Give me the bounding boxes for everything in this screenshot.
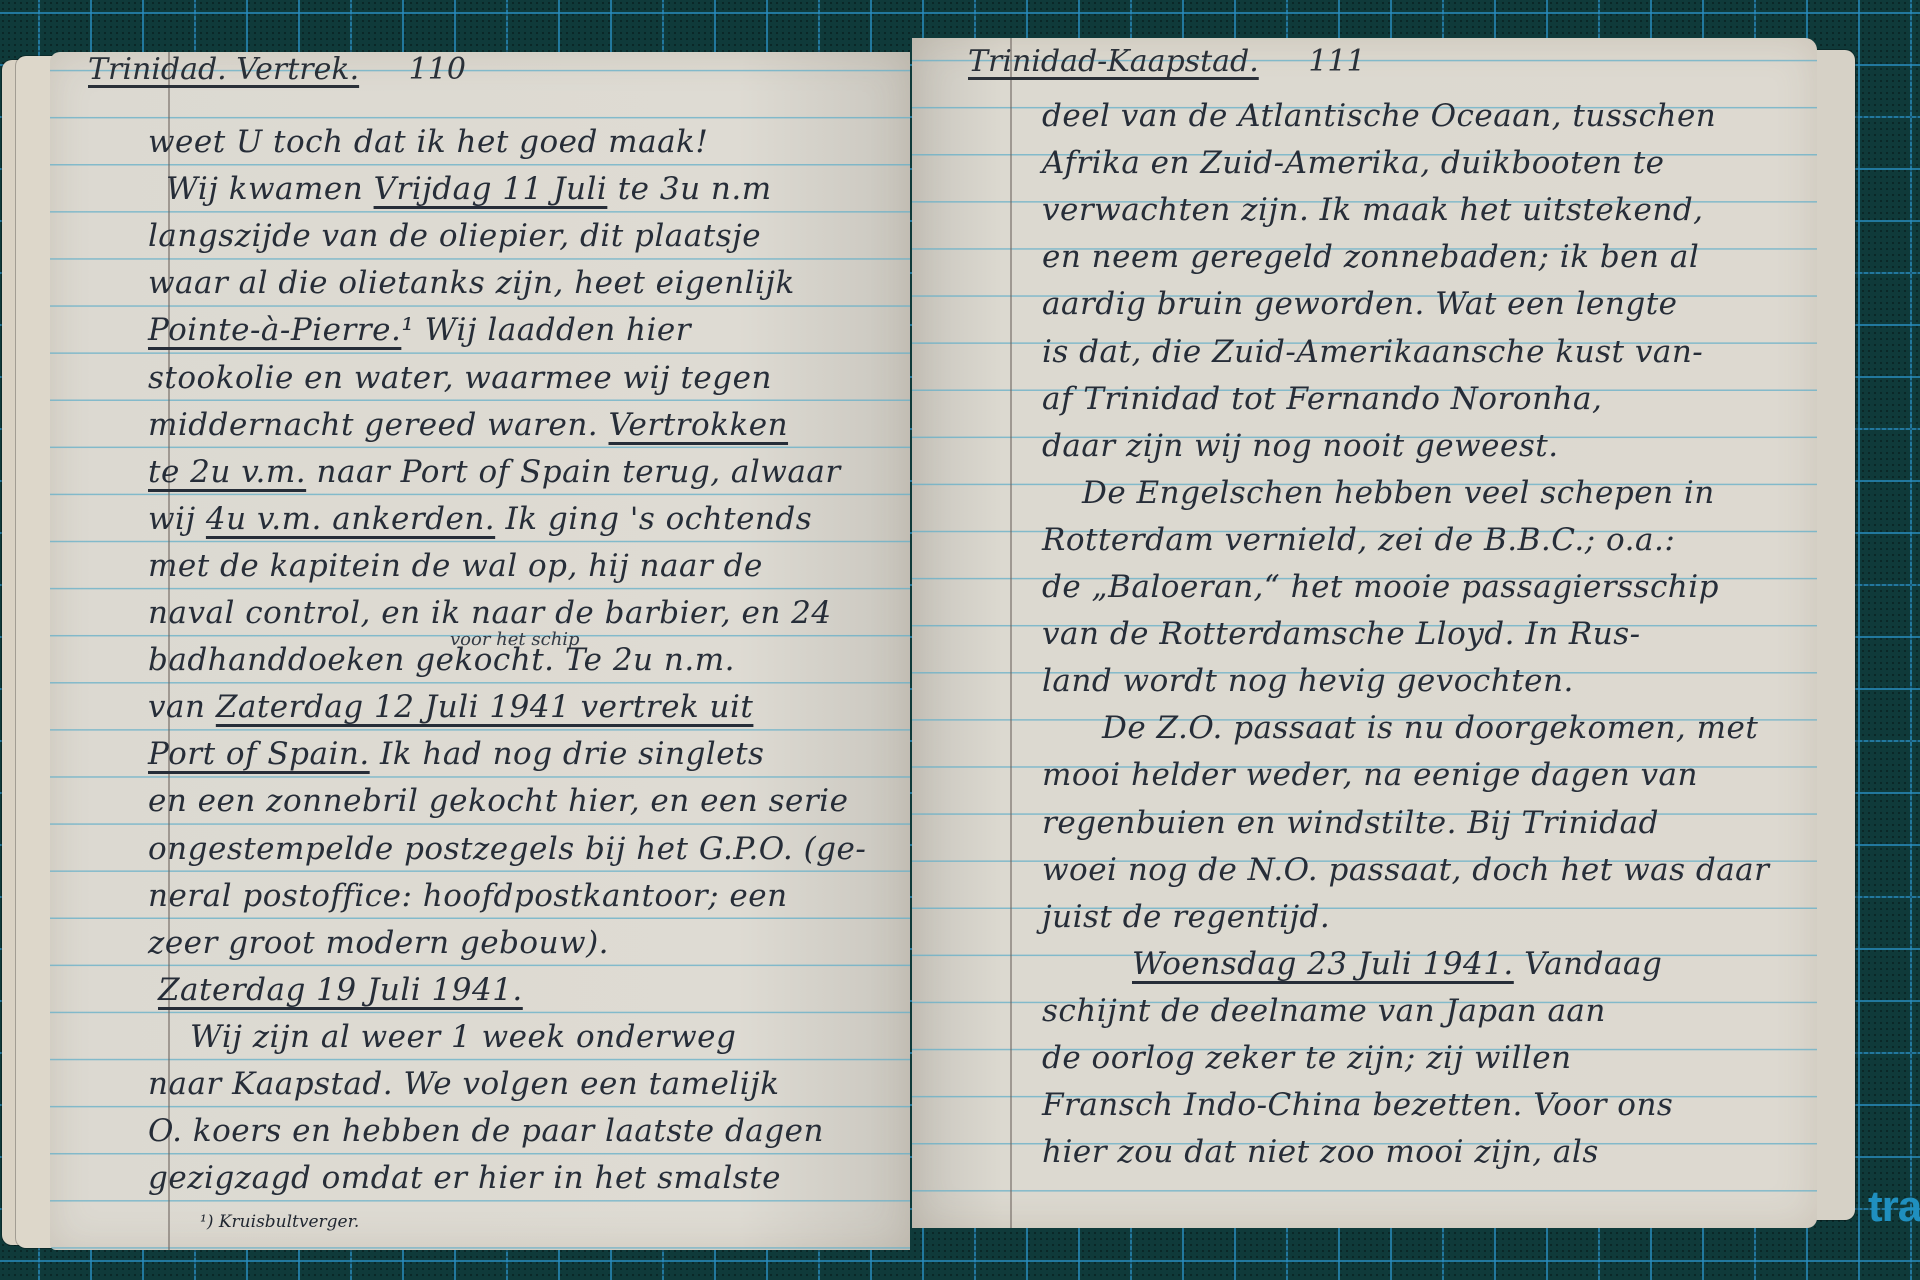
handwritten-line: daar zijn wij nog nooit geweest. (1042, 428, 1559, 464)
handwritten-line: met de kapitein de wal op, hij naar de (148, 548, 763, 584)
handwritten-line: langszijde van de oliepier, dit plaatsje (148, 218, 761, 254)
handwritten-line: verwachten zijn. Ik maak het uitstekend, (1042, 192, 1704, 228)
handwritten-line: De Z.O. passaat is nu doorgekomen, met (1102, 710, 1758, 746)
handwritten-line: en neem geregeld zonnebaden; ik ben al (1042, 239, 1699, 275)
handwritten-line: hier zou dat niet zoo mooi zijn, als (1042, 1134, 1599, 1170)
underlined-date-or-term: Vertrokken (609, 407, 789, 443)
handwritten-line: ongestempelde postzegels bij het G.P.O. … (148, 831, 866, 867)
handwritten-line: weet U toch dat ik het goed maak! (148, 124, 708, 160)
handwritten-line: is dat, die Zuid-Amerikaansche kust van- (1042, 334, 1703, 370)
handwritten-line: land wordt nog hevig gevochten. (1042, 663, 1574, 699)
handwritten-line: van de Rotterdamsche Lloyd. In Rus- (1042, 616, 1641, 652)
handwritten-line: schijnt de deelname van Japan aan (1042, 993, 1606, 1029)
handwritten-line: Woensdag 23 Juli 1941. Vandaag (1132, 946, 1662, 982)
mat-logo-text: tra (1868, 1182, 1920, 1232)
handwritten-line: neral postoffice: hoofdpostkantoor; een (148, 878, 788, 914)
handwritten-line: zeer groot modern gebouw). (148, 925, 609, 961)
handwritten-line: en een zonnebril gekocht hier, en een se… (148, 783, 848, 819)
handwritten-line: aardig bruin geworden. Wat een lengte (1042, 286, 1678, 322)
handwritten-line: Wij kwamen Vrijdag 11 Juli te 3u n.m (166, 171, 772, 207)
page-header-title: Trinidad. Vertrek. (88, 52, 359, 87)
page-header-title: Trinidad-Kaapstad. (968, 44, 1259, 79)
page-number: 111 (1308, 44, 1365, 79)
handwritten-line: te 2u v.m. naar Port of Spain terug, alw… (148, 454, 841, 490)
handwritten-line: waar al die olietanks zijn, heet eigenli… (148, 265, 795, 301)
handwritten-line: regenbuien en windstilte. Bij Trinidad (1042, 805, 1659, 841)
handwritten-line: Pointe-à-Pierre.¹ Wij laadden hier (148, 312, 691, 348)
left-page: Trinidad. Vertrek. 110 voor het schip ¹)… (50, 52, 910, 1250)
underlined-date-or-term: Zaterdag 19 Juli 1941. (158, 972, 523, 1008)
underlined-date-or-term: te 2u v.m. (148, 454, 306, 490)
handwritten-line: Zaterdag 19 Juli 1941. (158, 972, 523, 1008)
underlined-date-or-term: Zaterdag 12 Juli 1941 vertrek uit (216, 689, 754, 725)
handwritten-line: Afrika en Zuid-Amerika, duikbooten te (1042, 145, 1665, 181)
underlined-date-or-term: Port of Spain. (148, 736, 370, 772)
handwritten-line: Wij zijn al weer 1 week onderweg (190, 1019, 736, 1055)
underlined-date-or-term: Vrijdag 11 Juli (374, 171, 608, 207)
handwritten-line: van Zaterdag 12 Juli 1941 vertrek uit (148, 689, 753, 725)
handwritten-line: mooi helder weder, na eenige dagen van (1042, 757, 1698, 793)
handwritten-line: naar Kaapstad. We volgen een tamelijk (148, 1066, 780, 1102)
handwritten-line: wij 4u v.m. ankerden. Ik ging 's ochtend… (148, 501, 812, 537)
footnote: ¹) Kruisbultverger. (200, 1212, 359, 1232)
handwritten-line: gezigzagd omdat er hier in het smalste (148, 1160, 781, 1196)
handwritten-line: de „Baloeran,“ het mooie passagiersschip (1042, 569, 1719, 605)
page-number: 110 (409, 52, 466, 87)
handwritten-line: Rotterdam vernield, zei de B.B.C.; o.a.: (1042, 522, 1675, 558)
handwritten-line: de oorlog zeker te zijn; zij willen (1042, 1040, 1572, 1076)
margin-rule (1010, 38, 1012, 1228)
handwritten-line: O. koers en hebben de paar laatste dagen (148, 1113, 824, 1149)
page-header: Trinidad-Kaapstad. 111 (968, 44, 1366, 79)
handwritten-line: De Engelschen hebben veel schepen in (1082, 475, 1715, 511)
handwritten-line: Port of Spain. Ik had nog drie singlets (148, 736, 764, 772)
handwritten-line: woei nog de N.O. passaat, doch het was d… (1042, 852, 1769, 888)
handwritten-line: Fransch Indo-China bezetten. Voor ons (1042, 1087, 1673, 1123)
handwritten-line: af Trinidad tot Fernando Noronha, (1042, 381, 1602, 417)
right-page: Trinidad-Kaapstad. 111 deel van de Atlan… (912, 38, 1817, 1228)
handwritten-line: deel van de Atlantische Oceaan, tusschen (1042, 98, 1716, 134)
handwritten-line: badhanddoeken gekocht. Te 2u n.m. (148, 642, 735, 678)
handwritten-line: middernacht gereed waren. Vertrokken (148, 407, 788, 443)
handwritten-line: juist de regentijd. (1042, 899, 1330, 935)
page-header: Trinidad. Vertrek. 110 (88, 52, 466, 87)
underlined-date-or-term: Pointe-à-Pierre. (148, 312, 401, 348)
underlined-date-or-term: Woensdag 23 Juli 1941. (1132, 946, 1514, 982)
handwritten-line: naval control, en ik naar de barbier, en… (148, 595, 832, 631)
underlined-date-or-term: 4u v.m. ankerden. (206, 501, 495, 537)
handwritten-line: stookolie en water, waarmee wij tegen (148, 360, 772, 396)
